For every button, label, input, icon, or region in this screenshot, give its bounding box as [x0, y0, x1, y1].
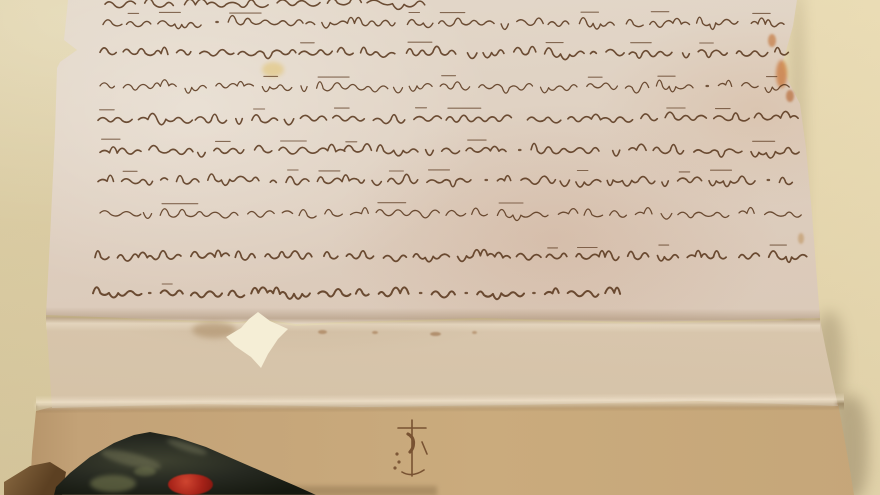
seal-red-wax — [168, 474, 213, 495]
seal-highlight — [90, 475, 136, 492]
photo-canvas: nos don fferando como del regno de nro G… — [0, 0, 880, 495]
seal-highlight — [134, 467, 156, 476]
notarial-sign-icon — [0, 0, 880, 495]
